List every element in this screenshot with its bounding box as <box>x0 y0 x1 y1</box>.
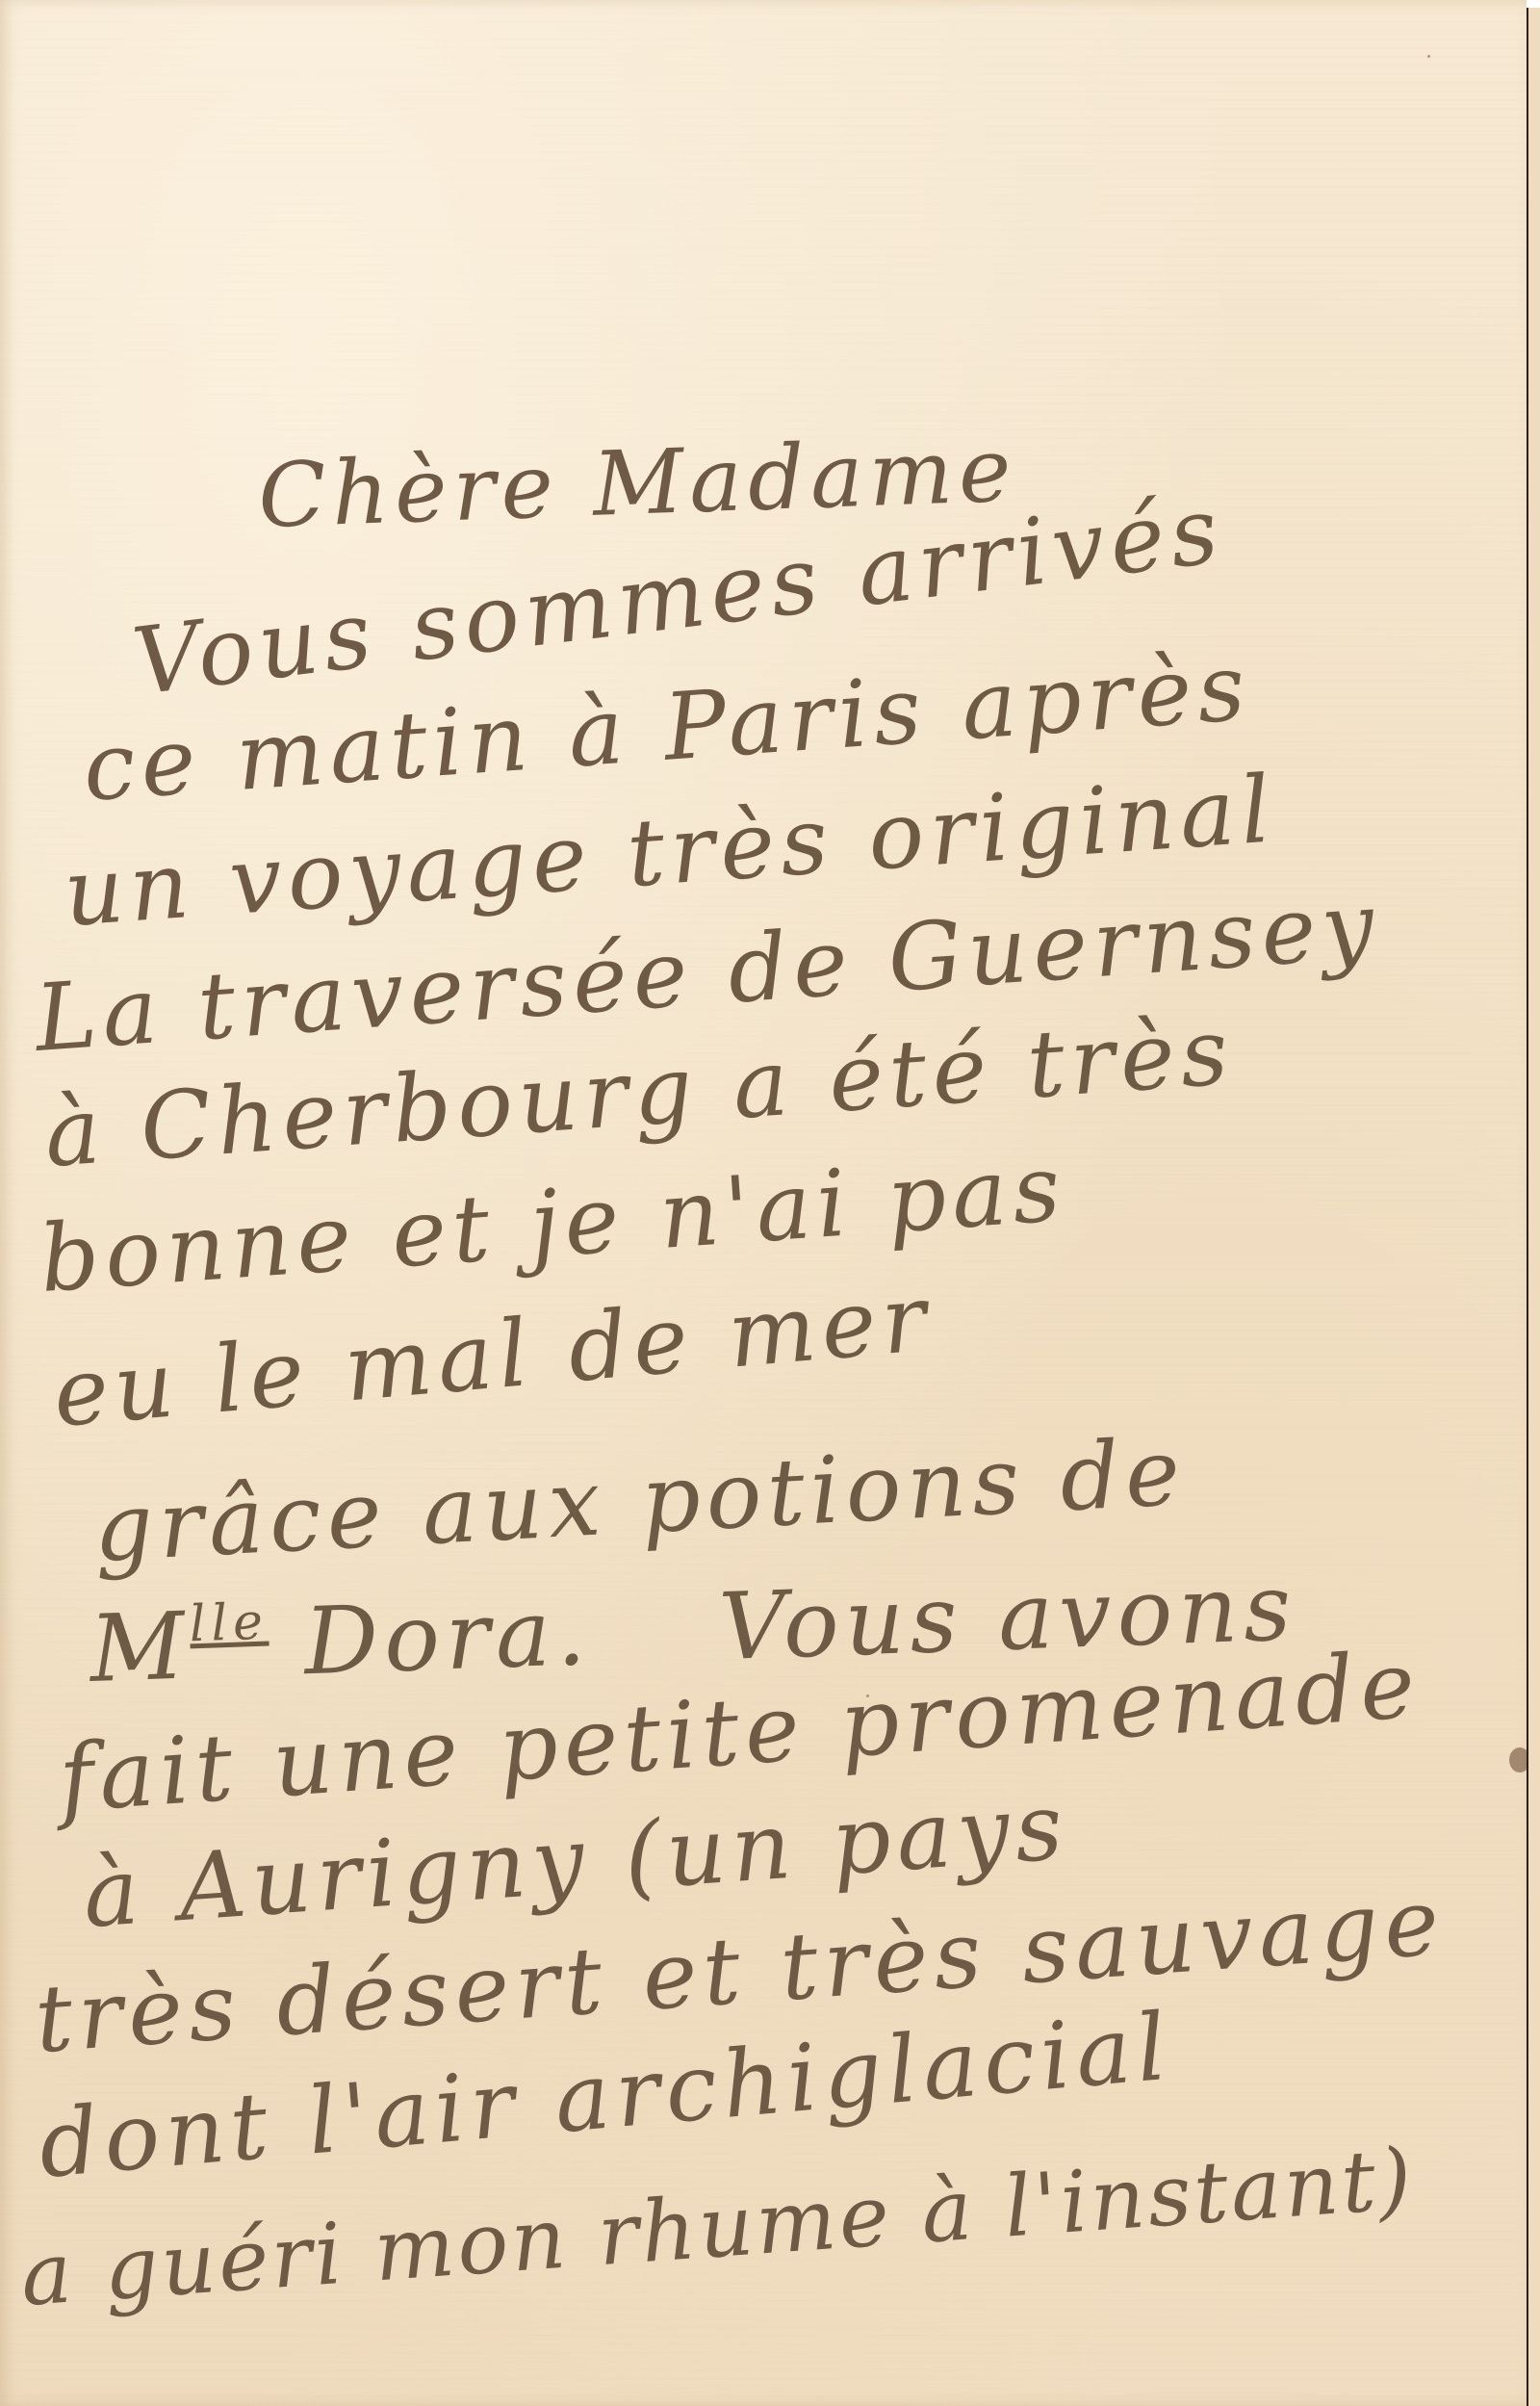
paper-speck <box>1427 55 1430 58</box>
paper-speck <box>866 1695 869 1697</box>
letter-line-8: grâce aux potions de <box>91 1426 1188 1575</box>
scan-border <box>1527 0 1540 8</box>
folded-sheet-edge <box>1527 8 1540 2406</box>
mademoiselle-superscript: lle <box>189 1593 269 1654</box>
name-dora: Dora. <box>302 1578 593 1695</box>
letter-page: Chère Madame Vous sommes arrivés ce mati… <box>0 0 1527 2406</box>
mademoiselle-abbrev: M <box>88 1591 192 1703</box>
